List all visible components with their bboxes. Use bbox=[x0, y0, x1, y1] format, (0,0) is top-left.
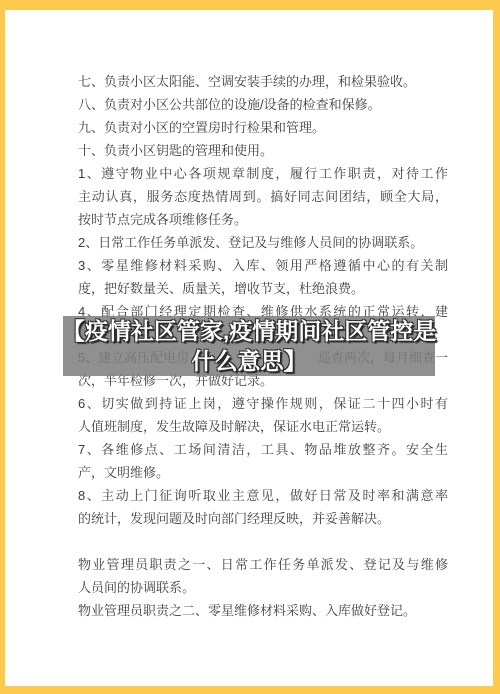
text-line: 九、负责对小区的空置房时行检果和管理。 bbox=[78, 116, 448, 139]
text-line: 十、负责小区钥匙的管理和使用。 bbox=[78, 139, 448, 162]
text-line: 1、遵守物业中心各项规章制度，履行工作职责，对待工作 bbox=[78, 162, 448, 185]
text-line: 物业管理员职责之二、零星维修材料采购、入库做好登记。 bbox=[78, 599, 448, 622]
text-line: 人员间的协调联系。 bbox=[78, 576, 448, 599]
text-line: 主动认真，服务态度热情周到。搞好同志间团结，顾全大局， bbox=[78, 185, 448, 208]
text-line: 的统计，发现问题及时向部门经理反映，并妥善解决。 bbox=[78, 507, 448, 530]
watermark-overlay: 【疫情社区管家,疫情期间社区管控是 什么意思】 bbox=[63, 316, 435, 376]
text-line: 七、负责小区太阳能、空调安装手续的办理，和检果验收。 bbox=[78, 70, 448, 93]
watermark-title-line2: 什么意思】 bbox=[192, 346, 307, 376]
text-line: 2、日常工作任务单派发、登记及与维修人员间的协调联系。 bbox=[78, 231, 448, 254]
text-line bbox=[78, 530, 448, 553]
watermark-title-line1: 【疫情社区管家,疫情期间社区管控是 bbox=[62, 316, 436, 346]
text-line: 7、各维修点、工场间清洁，工具、物品堆放整齐。安全生 bbox=[78, 438, 448, 461]
text-line: 3、零星维修材料采购、入库、领用严格遵循中心的有关制 bbox=[78, 254, 448, 277]
text-line: 按时节点完成各项维修任务。 bbox=[78, 208, 448, 231]
text-line: 八、负责对小区公共部位的设施/设备的检查和保修。 bbox=[78, 93, 448, 116]
text-line: 度，把好数量关、质量关，增收节支，杜绝浪费。 bbox=[78, 277, 448, 300]
text-line: 产，文明维修。 bbox=[78, 461, 448, 484]
article-panel: 七、负责小区太阳能、空调安装手续的办理，和检果验收。八、负责对小区公共部位的设施… bbox=[5, 10, 493, 686]
text-line: 物业管理员职责之一、日常工作任务单派发、登记及与维修 bbox=[78, 553, 448, 576]
text-line: 人值班制度，发生故障及时解决，保证水电正常运转。 bbox=[78, 415, 448, 438]
text-line: 8、主动上门征询听取业主意见，做好日常及时率和满意率 bbox=[78, 484, 448, 507]
text-line: 6、切实做到持证上岗，遵守操作规则，保证二十四小时有 bbox=[78, 392, 448, 415]
page-background: 七、负责小区太阳能、空调安装手续的办理，和检果验收。八、负责对小区公共部位的设施… bbox=[0, 0, 500, 694]
